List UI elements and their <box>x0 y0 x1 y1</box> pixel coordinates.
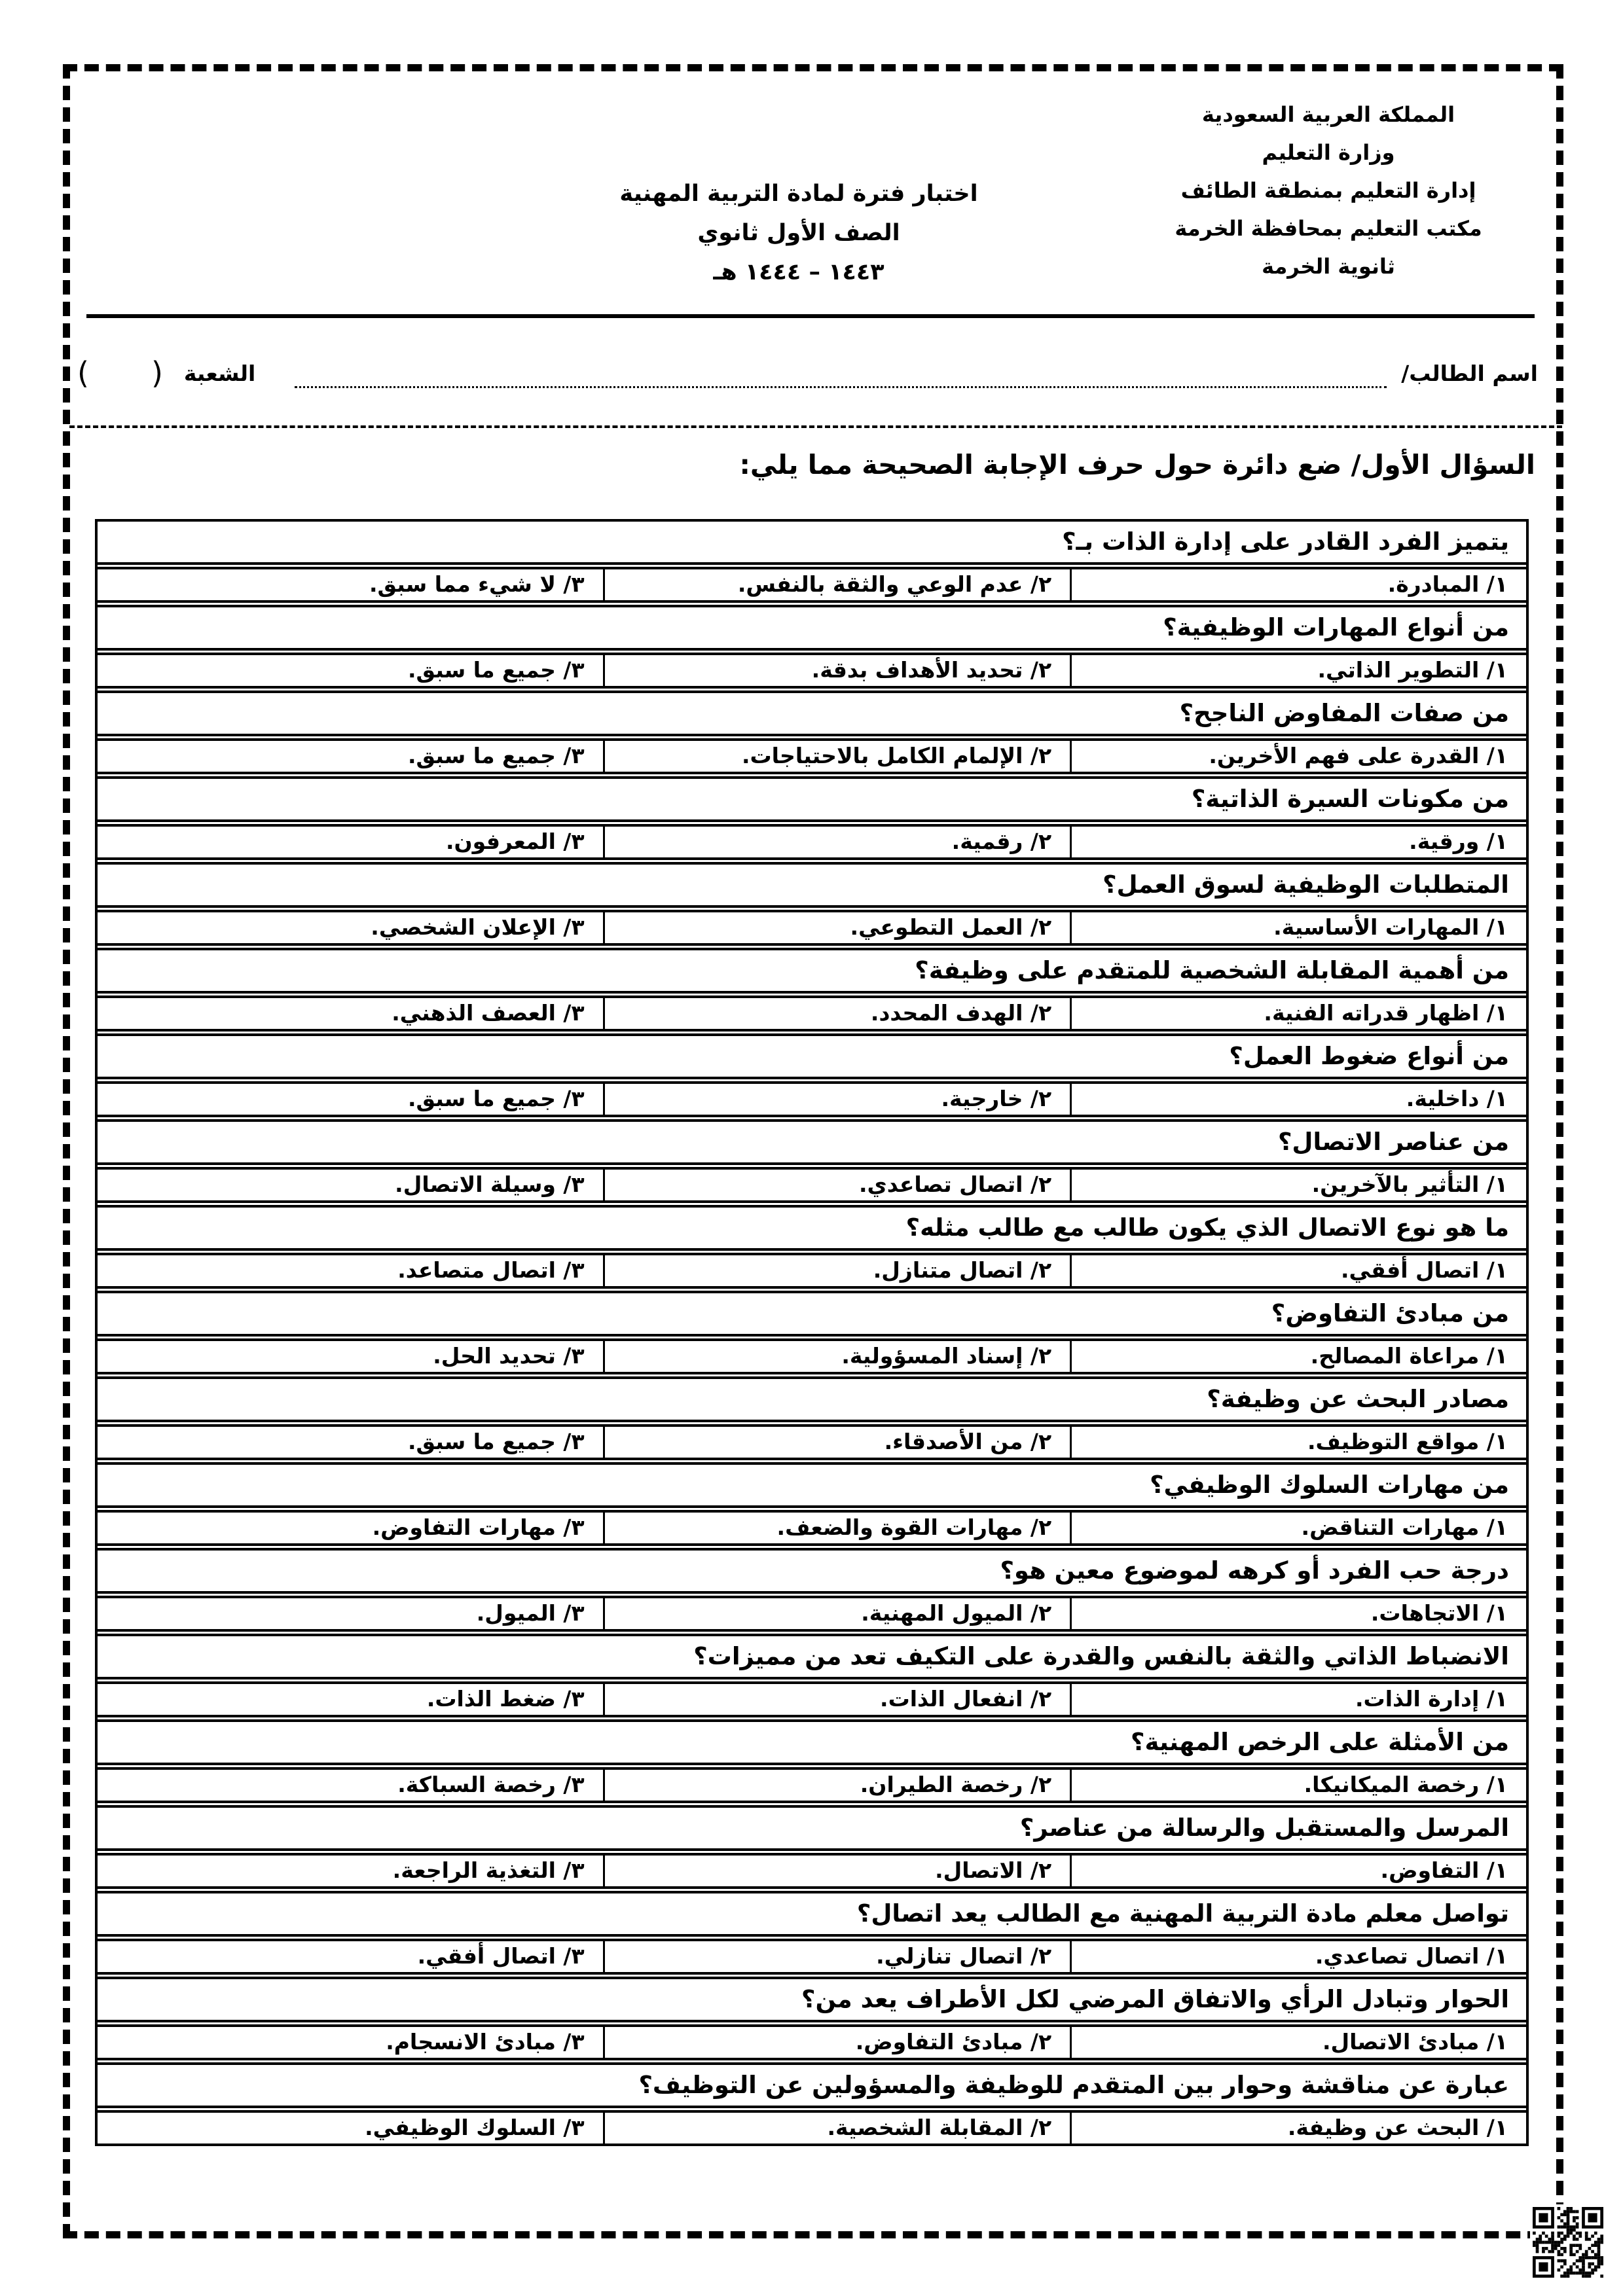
option-cell-3: ٣/ جميع ما سبق. <box>98 1427 605 1458</box>
answer-row: ١/ إدارة الذات. ٢/ انفعال الذات. ٣/ ضغط … <box>98 1684 1526 1715</box>
question-block: من مكونات السيرة الذاتية؟ ١/ ورقية. ٢/ ر… <box>98 779 1526 865</box>
option-cell-2: ٢/ الإلمام الكامل بالاحتياجات. <box>605 741 1072 772</box>
student-info-row: اسم الطالب/ الشعبة () <box>77 345 1538 401</box>
option-cell-3: ٣/ رخصة السباكة. <box>98 1770 605 1801</box>
question-text: عبارة عن مناقشة وحوار بين المتقدم للوظيف… <box>98 2065 1526 2113</box>
instruction-text: ضع دائرة حول حرف الإجابة الصحيحة مما يلي… <box>739 449 1351 480</box>
question-block: من أنواع ضغوط العمل؟ ١/ داخلية. ٢/ خارجي… <box>98 1036 1526 1122</box>
question-block: عبارة عن مناقشة وحوار بين المتقدم للوظيف… <box>98 2065 1526 2144</box>
question-text: الحوار وتبادل الرأي والاتفاق المرضي لكل … <box>98 1979 1526 2027</box>
option-cell-2: ٢/ مبادئ التفاوض. <box>605 2027 1072 2058</box>
answer-row: ١/ مبادئ الاتصال. ٢/ مبادئ التفاوض. ٣/ م… <box>98 2027 1526 2058</box>
student-name-field <box>295 386 1387 388</box>
option-cell-3: ٣/ وسيلة الاتصال. <box>98 1170 605 1200</box>
exam-year-line: ١٤٤٣ – ١٤٤٤ هـ <box>570 253 1028 292</box>
question-text: من عناصر الاتصال؟ <box>98 1122 1526 1170</box>
option-cell-2: ٢/ اتصال متنازل. <box>605 1255 1072 1286</box>
option-cell-3: ٣/ مهارات التفاوض. <box>98 1513 605 1543</box>
question-block: من صفات المفاوض الناجح؟ ١/ القدرة على فه… <box>98 693 1526 779</box>
option-cell-3: ٣/ الإعلان الشخصي. <box>98 912 605 943</box>
option-cell-1: ١/ إدارة الذات. <box>1072 1684 1526 1715</box>
option-cell-2: ٢/ الميول المهنية. <box>605 1598 1072 1629</box>
option-cell-2: ٢/ انفعال الذات. <box>605 1684 1072 1715</box>
answer-row: ١/ اتصال تصاعدي. ٢/ اتصال تنازلي. ٣/ اتص… <box>98 1941 1526 1972</box>
option-cell-3: ٣/ ضغط الذات. <box>98 1684 605 1715</box>
option-cell-3: ٣/ اتصال أفقي. <box>98 1941 605 1972</box>
option-cell-3: ٣/ العصف الذهني. <box>98 998 605 1029</box>
student-name-label: اسم الطالب/ <box>1401 361 1538 386</box>
option-cell-3: ٣/ جميع ما سبق. <box>98 655 605 686</box>
option-cell-1: ١/ المهارات الأساسية. <box>1072 912 1526 943</box>
qr-code-icon <box>1530 2204 1606 2280</box>
question-text: من أهمية المقابلة الشخصية للمتقدم على وظ… <box>98 950 1526 998</box>
option-cell-3: ٣/ المعرفون. <box>98 827 605 857</box>
option-cell-2: ٢/ اتصال تنازلي. <box>605 1941 1072 1972</box>
question-block: من الأمثلة على الرخص المهنية؟ ١/ رخصة ال… <box>98 1722 1526 1808</box>
answer-row: ١/ مراعاة المصالح. ٢/ إسناد المسؤولية. ٣… <box>98 1341 1526 1372</box>
question-text: من مهارات السلوك الوظيفي؟ <box>98 1465 1526 1513</box>
option-cell-3: ٣/ السلوك الوظيفي. <box>98 2113 605 2144</box>
option-cell-2: ٢/ مهارات القوة والضعف. <box>605 1513 1072 1543</box>
ministry-header-line: وزارة التعليم <box>1116 134 1541 171</box>
question-text: المرسل والمستقبل والرسالة من عناصر؟ <box>98 1808 1526 1856</box>
answer-row: ١/ مهارات التناقض. ٢/ مهارات القوة والضع… <box>98 1513 1526 1543</box>
option-cell-1: ١/ مهارات التناقض. <box>1072 1513 1526 1543</box>
questions-table: يتميز الفرد القادر على إدارة الذات بـ؟ ١… <box>95 519 1529 2146</box>
ministry-header-line: ثانوية الخرمة <box>1116 247 1541 285</box>
option-cell-3: ٣/ تحديد الحل. <box>98 1341 605 1372</box>
option-cell-2: ٢/ من الأصدقاء. <box>605 1427 1072 1458</box>
option-cell-2: ٢/ خارجية. <box>605 1084 1072 1115</box>
answer-row: ١/ اظهار قدراته الفنية. ٢/ الهدف المحدد.… <box>98 998 1526 1029</box>
answer-row: ١/ التطوير الذاتي. ٢/ تحديد الأهداف بدقة… <box>98 655 1526 686</box>
answer-row: ١/ ورقية. ٢/ رقمية. ٣/ المعرفون. <box>98 827 1526 857</box>
ministry-header: المملكة العربية السعودية وزارة التعليم إ… <box>1116 96 1541 285</box>
option-cell-1: ١/ رخصة الميكانيكا. <box>1072 1770 1526 1801</box>
ministry-header-line: المملكة العربية السعودية <box>1116 96 1541 134</box>
answer-row: ١/ داخلية. ٢/ خارجية. ٣/ جميع ما سبق. <box>98 1084 1526 1115</box>
ministry-header-line: إدارة التعليم بمنطقة الطائف <box>1116 171 1541 209</box>
question-block: المرسل والمستقبل والرسالة من عناصر؟ ١/ ا… <box>98 1808 1526 1893</box>
answer-row: ١/ التفاوض. ٢/ الاتصال. ٣/ التغذية الراج… <box>98 1856 1526 1886</box>
answer-row: ١/ المهارات الأساسية. ٢/ العمل التطوعي. … <box>98 912 1526 943</box>
option-cell-3: ٣/ مبادئ الانسجام. <box>98 2027 605 2058</box>
answer-row: ١/ مواقع التوظيف. ٢/ من الأصدقاء. ٣/ جمي… <box>98 1427 1526 1458</box>
option-cell-2: ٢/ الهدف المحدد. <box>605 998 1072 1029</box>
option-cell-2: ٢/ اتصال تصاعدي. <box>605 1170 1072 1200</box>
option-cell-1: ١/ داخلية. <box>1072 1084 1526 1115</box>
question-block: تواصل معلم مادة التربية المهنية مع الطال… <box>98 1893 1526 1979</box>
option-cell-3: ٣/ الميول. <box>98 1598 605 1629</box>
paren-close: ) <box>151 355 163 391</box>
option-cell-1: ١/ القدرة على فهم الأخرين. <box>1072 741 1526 772</box>
option-cell-2: ٢/ الاتصال. <box>605 1856 1072 1886</box>
section-label: الشعبة <box>184 361 255 386</box>
option-cell-1: ١/ البحث عن وظيفة. <box>1072 2113 1526 2144</box>
question-text: من صفات المفاوض الناجح؟ <box>98 693 1526 741</box>
question-text: من أنواع ضغوط العمل؟ <box>98 1036 1526 1084</box>
option-cell-3: ٣/ جميع ما سبق. <box>98 741 605 772</box>
question-block: من أنواع المهارات الوظيفية؟ ١/ التطوير ا… <box>98 607 1526 693</box>
question-text: المتطلبات الوظيفية لسوق العمل؟ <box>98 865 1526 912</box>
question-text: ما هو نوع الاتصال الذي يكون طالب مع طالب… <box>98 1208 1526 1255</box>
answer-row: ١/ رخصة الميكانيكا. ٢/ رخصة الطيران. ٣/ … <box>98 1770 1526 1801</box>
option-cell-1: ١/ مواقع التوظيف. <box>1072 1427 1526 1458</box>
option-cell-1: ١/ مراعاة المصالح. <box>1072 1341 1526 1372</box>
answer-row: ١/ البحث عن وظيفة. ٢/ المقابلة الشخصية. … <box>98 2113 1526 2144</box>
option-cell-2: ٢/ رخصة الطيران. <box>605 1770 1072 1801</box>
question-block: من عناصر الاتصال؟ ١/ التأثير بالآخرين. ٢… <box>98 1122 1526 1208</box>
option-cell-3: ٣/ التغذية الراجعة. <box>98 1856 605 1886</box>
option-cell-2: ٢/ رقمية. <box>605 827 1072 857</box>
question-block: الحوار وتبادل الرأي والاتفاق المرضي لكل … <box>98 1979 1526 2065</box>
answer-row: ١/ المبادرة. ٢/ عدم الوعي والثقة بالنفس.… <box>98 569 1526 600</box>
question-block: درجة حب الفرد أو كرهه لموضوع معين هو؟ ١/… <box>98 1551 1526 1636</box>
option-cell-1: ١/ ورقية. <box>1072 827 1526 857</box>
question-block: ما هو نوع الاتصال الذي يكون طالب مع طالب… <box>98 1208 1526 1293</box>
question-one-label: السؤال الأول/ <box>1351 449 1535 480</box>
option-cell-2: ٢/ عدم الوعي والثقة بالنفس. <box>605 569 1072 600</box>
option-cell-1: ١/ مبادئ الاتصال. <box>1072 2027 1526 2058</box>
answer-row: ١/ القدرة على فهم الأخرين. ٢/ الإلمام ال… <box>98 741 1526 772</box>
question-text: درجة حب الفرد أو كرهه لموضوع معين هو؟ <box>98 1551 1526 1598</box>
option-cell-1: ١/ المبادرة. <box>1072 569 1526 600</box>
dashed-divider-line <box>69 425 1562 428</box>
header-divider-line <box>86 314 1535 318</box>
question-text: من أنواع المهارات الوظيفية؟ <box>98 607 1526 655</box>
question-text: من مبادئ التفاوض؟ <box>98 1293 1526 1341</box>
exam-title-line: اختبار فترة لمادة التربية المهنية <box>570 174 1028 213</box>
exam-grade-line: الصف الأول ثانوي <box>570 213 1028 253</box>
option-cell-1: ١/ اتصال تصاعدي. <box>1072 1941 1526 1972</box>
question-text: مصادر البحث عن وظيفة؟ <box>98 1379 1526 1427</box>
option-cell-2: ٢/ العمل التطوعي. <box>605 912 1072 943</box>
option-cell-1: ١/ اظهار قدراته الفنية. <box>1072 998 1526 1029</box>
paren-open: ( <box>77 355 89 391</box>
option-cell-3: ٣/ لا شيء مما سبق. <box>98 569 605 600</box>
answer-row: ١/ اتصال أفقي. ٢/ اتصال متنازل. ٣/ اتصال… <box>98 1255 1526 1286</box>
option-cell-3: ٣/ جميع ما سبق. <box>98 1084 605 1115</box>
question-block: من مهارات السلوك الوظيفي؟ ١/ مهارات التن… <box>98 1465 1526 1551</box>
scanned-exam-page: { "header": { "right_lines": [ "المملكة … <box>0 0 1623 2296</box>
question-block: الانضباط الذاتي والثقة بالنفس والقدرة عل… <box>98 1636 1526 1722</box>
question-block: المتطلبات الوظيفية لسوق العمل؟ ١/ المهار… <box>98 865 1526 950</box>
option-cell-1: ١/ التأثير بالآخرين. <box>1072 1170 1526 1200</box>
question-text: تواصل معلم مادة التربية المهنية مع الطال… <box>98 1893 1526 1941</box>
question-block: من مبادئ التفاوض؟ ١/ مراعاة المصالح. ٢/ … <box>98 1293 1526 1379</box>
option-cell-1: ١/ التطوير الذاتي. <box>1072 655 1526 686</box>
option-cell-1: ١/ اتصال أفقي. <box>1072 1255 1526 1286</box>
option-cell-2: ٢/ تحديد الأهداف بدقة. <box>605 655 1072 686</box>
section-field: () <box>77 355 163 391</box>
ministry-header-line: مكتب التعليم بمحافظة الخرمة <box>1116 209 1541 247</box>
option-cell-1: ١/ التفاوض. <box>1072 1856 1526 1886</box>
question-one-instruction: السؤال الأول/ ضع دائرة حول حرف الإجابة ا… <box>739 449 1535 480</box>
option-cell-2: ٢/ المقابلة الشخصية. <box>605 2113 1072 2144</box>
question-block: مصادر البحث عن وظيفة؟ ١/ مواقع التوظيف. … <box>98 1379 1526 1465</box>
answer-row: ١/ الاتجاهات. ٢/ الميول المهنية. ٣/ المي… <box>98 1598 1526 1629</box>
option-cell-2: ٢/ إسناد المسؤولية. <box>605 1341 1072 1372</box>
exam-title: اختبار فترة لمادة التربية المهنية الصف ا… <box>570 174 1028 292</box>
question-text: من مكونات السيرة الذاتية؟ <box>98 779 1526 827</box>
option-cell-3: ٣/ اتصال متصاعد. <box>98 1255 605 1286</box>
question-text: من الأمثلة على الرخص المهنية؟ <box>98 1722 1526 1770</box>
question-text: الانضباط الذاتي والثقة بالنفس والقدرة عل… <box>98 1636 1526 1684</box>
option-cell-1: ١/ الاتجاهات. <box>1072 1598 1526 1629</box>
question-block: من أهمية المقابلة الشخصية للمتقدم على وظ… <box>98 950 1526 1036</box>
question-text: يتميز الفرد القادر على إدارة الذات بـ؟ <box>98 522 1526 569</box>
answer-row: ١/ التأثير بالآخرين. ٢/ اتصال تصاعدي. ٣/… <box>98 1170 1526 1200</box>
question-block: يتميز الفرد القادر على إدارة الذات بـ؟ ١… <box>98 522 1526 607</box>
